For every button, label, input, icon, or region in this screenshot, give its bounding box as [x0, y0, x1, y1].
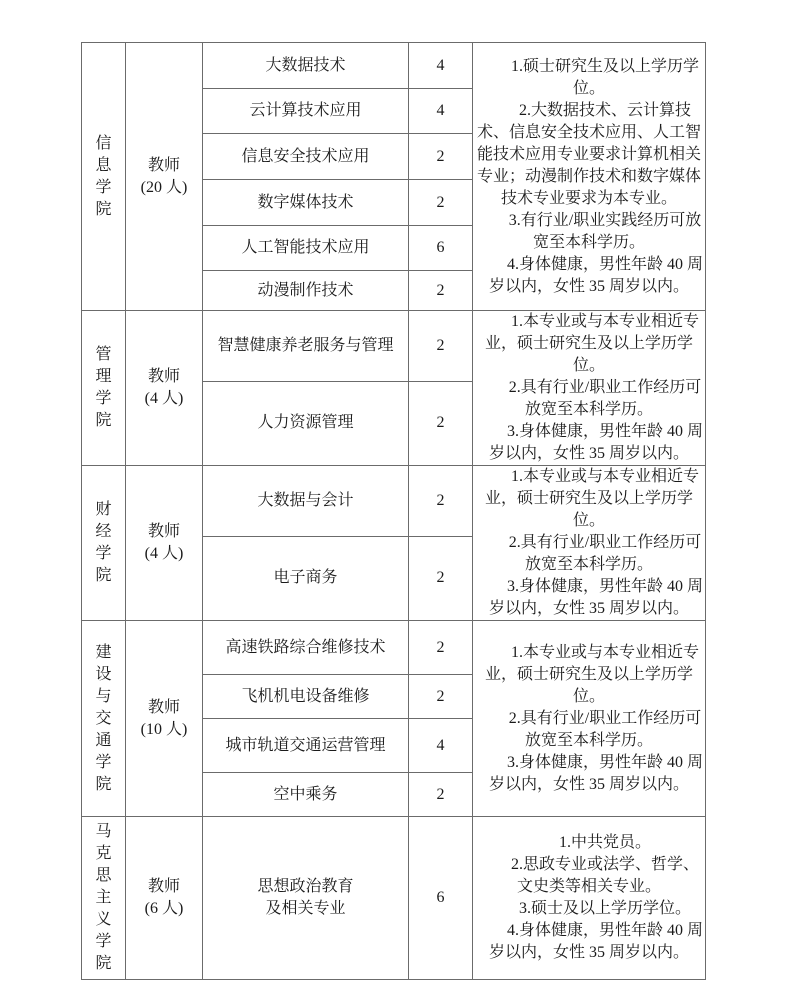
headcount-cell: 2 [409, 271, 473, 311]
major-cell: 大数据技术 [203, 43, 409, 89]
post-count: (4 人) [126, 543, 202, 565]
department-name-char: 思 [82, 865, 125, 887]
department-name-char: 学 [82, 752, 125, 774]
major-cell: 人工智能技术应用 [203, 226, 409, 271]
post-count: (6 人) [126, 898, 202, 920]
department-name-char: 交 [82, 708, 125, 730]
department-name-char: 建 [82, 642, 125, 664]
major-cell: 高速铁路综合维修技术 [203, 621, 409, 675]
major-cell: 飞机机电设备维修 [203, 675, 409, 719]
department-name-char: 学 [82, 931, 125, 953]
table-row: 管理学院教师(4 人)智慧健康养老服务与管理21.本专业或与本专业相近专业，硕士… [82, 311, 706, 382]
post-title: 教师 [126, 366, 202, 388]
headcount-cell: 4 [409, 719, 473, 773]
post-title: 教师 [126, 521, 202, 543]
headcount-cell: 2 [409, 536, 473, 620]
post-cell: 教师(4 人) [126, 311, 203, 466]
requirement-item: 4.身体健康，男性年龄 40 周岁以内，女性 35 周岁以内。 [473, 920, 705, 964]
table-row: 信息学院教师(20 人)大数据技术41.硕士研究生及以上学历学位。2.大数据技术… [82, 43, 706, 89]
requirement-item: 2.具有行业/职业工作经历可放宽至本科学历。 [473, 377, 705, 421]
department-name-char: 主 [82, 887, 125, 909]
major-name-line: 思想政治教育 [203, 876, 408, 898]
department-name-cell: 马克思主义学院 [82, 817, 126, 980]
major-cell: 电子商务 [203, 536, 409, 620]
headcount-cell: 6 [409, 817, 473, 980]
department-name-char: 学 [82, 388, 125, 410]
post-title: 教师 [126, 155, 202, 177]
department-name-char: 管 [82, 344, 125, 366]
requirements-cell: 1.本专业或与本专业相近专业，硕士研究生及以上学历学位。2.具有行业/职业工作经… [473, 466, 706, 621]
department-name-char: 院 [82, 953, 125, 975]
department-name-cell: 建设与交通学院 [82, 621, 126, 817]
department-name-char: 克 [82, 843, 125, 865]
requirement-item: 2.大数据技术、云计算技术、信息安全技术应用、人工智能技术应用专业要求计算机相关… [473, 100, 705, 210]
requirement-item: 1.本专业或与本专业相近专业，硕士研究生及以上学历学位。 [473, 642, 705, 708]
post-cell: 教师(20 人) [126, 43, 203, 311]
headcount-cell: 4 [409, 89, 473, 134]
major-name-line: 及相关专业 [203, 898, 408, 920]
requirement-item: 4.身体健康，男性年龄 40 周岁以内，女性 35 周岁以内。 [473, 254, 705, 298]
requirements-cell: 1.本专业或与本专业相近专业，硕士研究生及以上学历学位。2.具有行业/职业工作经… [473, 621, 706, 817]
major-cell: 大数据与会计 [203, 466, 409, 537]
department-name-char: 息 [82, 155, 125, 177]
post-title: 教师 [126, 876, 202, 898]
department-name-char: 学 [82, 543, 125, 565]
headcount-cell: 2 [409, 621, 473, 675]
major-cell: 城市轨道交通运营管理 [203, 719, 409, 773]
department-name-char: 理 [82, 366, 125, 388]
headcount-cell: 2 [409, 466, 473, 537]
department-name-cell: 管理学院 [82, 311, 126, 466]
requirement-item: 1.中共党员。 [473, 832, 705, 854]
headcount-cell: 2 [409, 180, 473, 226]
department-name-char: 通 [82, 730, 125, 752]
major-cell: 人力资源管理 [203, 381, 409, 465]
requirement-item: 1.硕士研究生及以上学历学位。 [473, 56, 705, 100]
headcount-cell: 4 [409, 43, 473, 89]
requirement-item: 2.思政专业或法学、哲学、文史类等相关专业。 [473, 854, 705, 898]
major-cell: 空中乘务 [203, 773, 409, 817]
department-name-char: 财 [82, 499, 125, 521]
recruitment-table: 信息学院教师(20 人)大数据技术41.硕士研究生及以上学历学位。2.大数据技术… [81, 42, 706, 980]
department-name-char: 经 [82, 521, 125, 543]
recruitment-table-body: 信息学院教师(20 人)大数据技术41.硕士研究生及以上学历学位。2.大数据技术… [82, 43, 706, 980]
requirement-item: 1.本专业或与本专业相近专业，硕士研究生及以上学历学位。 [473, 311, 705, 377]
requirement-item: 3.硕士及以上学历学位。 [473, 898, 705, 920]
post-cell: 教师(4 人) [126, 466, 203, 621]
requirement-item: 3.身体健康，男性年龄 40 周岁以内，女性 35 周岁以内。 [473, 576, 705, 620]
requirements-cell: 1.硕士研究生及以上学历学位。2.大数据技术、云计算技术、信息安全技术应用、人工… [473, 43, 706, 311]
post-count: (10 人) [126, 719, 202, 741]
post-title: 教师 [126, 697, 202, 719]
major-cell: 动漫制作技术 [203, 271, 409, 311]
headcount-cell: 2 [409, 134, 473, 180]
headcount-cell: 2 [409, 311, 473, 382]
requirements-cell: 1.中共党员。2.思政专业或法学、哲学、文史类等相关专业。3.硕士及以上学历学位… [473, 817, 706, 980]
table-row: 马克思主义学院教师(6 人)思想政治教育及相关专业61.中共党员。2.思政专业或… [82, 817, 706, 980]
department-name-cell: 财经学院 [82, 466, 126, 621]
department-name-char: 与 [82, 686, 125, 708]
requirements-cell: 1.本专业或与本专业相近专业，硕士研究生及以上学历学位。2.具有行业/职业工作经… [473, 311, 706, 466]
department-name-char: 院 [82, 565, 125, 587]
headcount-cell: 2 [409, 675, 473, 719]
post-count: (4 人) [126, 388, 202, 410]
department-name-char: 马 [82, 821, 125, 843]
headcount-cell: 6 [409, 226, 473, 271]
post-count: (20 人) [126, 177, 202, 199]
department-name-cell: 信息学院 [82, 43, 126, 311]
major-cell: 智慧健康养老服务与管理 [203, 311, 409, 382]
requirement-item: 3.有行业/职业实践经历可放宽至本科学历。 [473, 210, 705, 254]
requirement-item: 2.具有行业/职业工作经历可放宽至本科学历。 [473, 532, 705, 576]
department-name-char: 义 [82, 909, 125, 931]
major-cell: 数字媒体技术 [203, 180, 409, 226]
headcount-cell: 2 [409, 773, 473, 817]
department-name-char: 院 [82, 199, 125, 221]
requirement-item: 1.本专业或与本专业相近专业，硕士研究生及以上学历学位。 [473, 466, 705, 532]
major-cell: 思想政治教育及相关专业 [203, 817, 409, 980]
post-cell: 教师(6 人) [126, 817, 203, 980]
department-name-char: 学 [82, 177, 125, 199]
post-cell: 教师(10 人) [126, 621, 203, 817]
headcount-cell: 2 [409, 381, 473, 465]
table-row: 建设与交通学院教师(10 人)高速铁路综合维修技术21.本专业或与本专业相近专业… [82, 621, 706, 675]
department-name-char: 信 [82, 133, 125, 155]
department-name-char: 设 [82, 664, 125, 686]
major-cell: 云计算技术应用 [203, 89, 409, 134]
major-cell: 信息安全技术应用 [203, 134, 409, 180]
requirement-item: 3.身体健康，男性年龄 40 周岁以内，女性 35 周岁以内。 [473, 421, 705, 465]
department-name-char: 院 [82, 410, 125, 432]
table-row: 财经学院教师(4 人)大数据与会计21.本专业或与本专业相近专业，硕士研究生及以… [82, 466, 706, 537]
department-name-char: 院 [82, 774, 125, 796]
requirement-item: 2.具有行业/职业工作经历可放宽至本科学历。 [473, 708, 705, 752]
requirement-item: 3.身体健康，男性年龄 40 周岁以内，女性 35 周岁以内。 [473, 752, 705, 796]
